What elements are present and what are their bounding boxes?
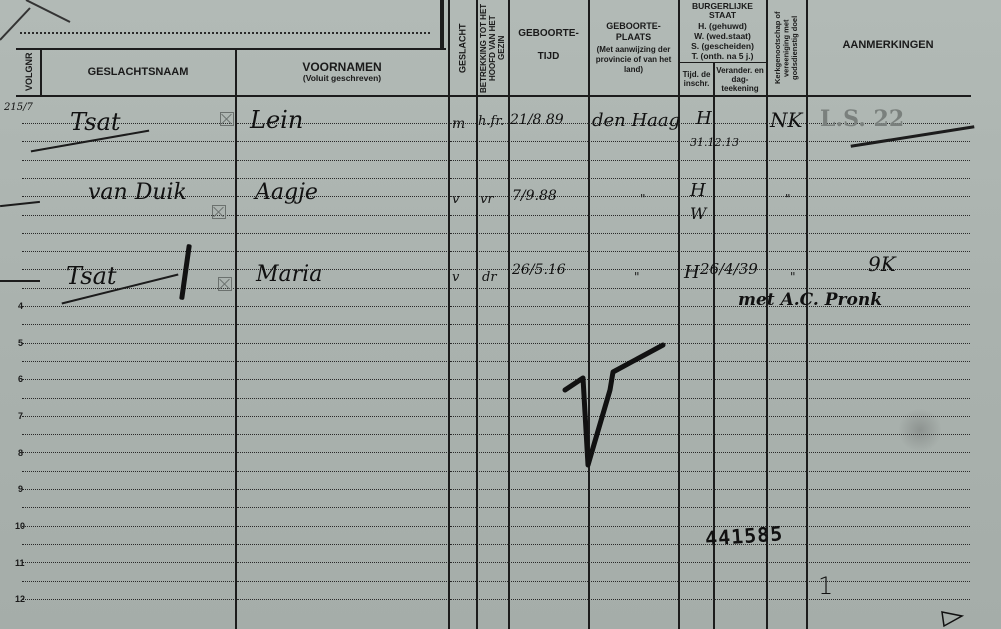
header-bottom-rule — [16, 95, 971, 97]
col-divider — [588, 0, 590, 629]
row-number: 8 — [18, 448, 23, 458]
row-number: 12 — [15, 594, 25, 604]
ruled-line — [22, 160, 234, 161]
header-bs-label: BURGERLIJKE STAAT — [680, 2, 765, 21]
row2-surname: van Duik — [88, 180, 187, 205]
ruled-line — [237, 599, 447, 600]
ruled-line — [450, 324, 970, 325]
ruled-line — [450, 398, 970, 399]
row-number: 6 — [18, 374, 23, 384]
row-number: 11 — [15, 558, 25, 568]
ruled-line — [22, 398, 234, 399]
row2-relation: vr — [480, 192, 494, 207]
serial-number-stamp: 441585 — [704, 521, 784, 550]
header-geslachtsnaam: GESLACHTSNAAM — [42, 50, 234, 95]
row3-surname: Tsat — [66, 262, 117, 290]
ruled-line — [237, 324, 447, 325]
ruled-line — [237, 361, 447, 362]
ruled-line — [450, 489, 970, 490]
margin-stroke — [0, 201, 40, 207]
ruled-line — [450, 379, 970, 380]
register-card: VOLGNR GESLACHTSNAAM VOORNAMEN (Voluit g… — [0, 0, 1001, 629]
ruled-line — [450, 215, 970, 216]
header-geboorteplaats-label: GEBOORTE-PLAATS — [590, 21, 677, 43]
ruled-line — [237, 178, 447, 179]
ruled-line — [22, 361, 234, 362]
ruled-line — [237, 526, 447, 527]
ruled-line — [237, 288, 447, 289]
col-divider — [235, 50, 237, 629]
row3-birth: 26/5.16 — [512, 262, 566, 278]
header-geboorteplaats: GEBOORTE-PLAATS (Met aanwijzing der prov… — [590, 20, 677, 75]
row2-church: " — [785, 192, 791, 206]
ruled-line — [237, 581, 447, 582]
header-bs-line: T. (onth. na 5 j.) — [692, 51, 754, 61]
header-bs-line: W. (wed.staat) — [694, 31, 751, 41]
check-mark-icon — [555, 330, 675, 470]
row1-civil: H — [696, 108, 712, 129]
col-divider — [476, 0, 478, 629]
ruled-line — [237, 251, 447, 252]
ruled-line — [450, 233, 970, 234]
header-geboortetijd-label2: TIJD — [538, 51, 560, 62]
row1-relation: h.fr. — [478, 114, 504, 129]
header-bs-line: H. (gehuwd) — [698, 21, 747, 31]
row2-civil-change: W — [690, 204, 706, 223]
row2-sex: v — [452, 192, 459, 207]
row3-sex: v — [452, 270, 459, 285]
ruled-line — [450, 288, 970, 289]
row1-church: NK — [770, 108, 802, 132]
stamp-mark — [212, 205, 226, 219]
ruled-line — [450, 361, 970, 362]
row2-place: " — [640, 192, 646, 206]
ruled-line — [237, 160, 447, 161]
ruled-line — [450, 471, 970, 472]
header-verander: Verander. en dag-teekening — [715, 63, 765, 95]
col-divider — [806, 0, 808, 629]
header-geslacht: GESLACHT — [450, 2, 475, 94]
ruled-line — [237, 452, 447, 453]
row-number: 10 — [15, 521, 25, 531]
ruled-line — [22, 489, 234, 490]
ruled-line — [237, 233, 447, 234]
stamp-mark — [220, 112, 234, 126]
ruled-line — [450, 507, 970, 508]
ruled-line — [22, 233, 234, 234]
row1-remarks-stamp: L.S. 22 — [820, 106, 904, 132]
row1-margin-note: 215/7 — [4, 102, 33, 113]
ruled-line — [237, 306, 447, 307]
ruled-line — [237, 379, 447, 380]
row1-civil-change: 31.12.13 — [690, 136, 739, 149]
ruled-line — [450, 160, 970, 161]
header-tijd-inschr: Tijd. de inschr. — [680, 63, 713, 95]
ruled-line — [22, 251, 234, 252]
ruled-line — [22, 526, 234, 527]
row2-civil: H — [690, 180, 706, 201]
row3-civil-change: 26/4/39 — [700, 260, 758, 278]
header-burgerlijke-staat: BURGERLIJKE STAAT H. (gehuwd) W. (wed.st… — [680, 2, 765, 60]
header-aanmerkingen: AANMERKINGEN — [808, 30, 968, 60]
col-divider — [448, 0, 450, 629]
ruled-line — [22, 562, 234, 563]
row1-place: den Haag — [592, 110, 680, 131]
row-number: 4 — [18, 301, 23, 311]
row3-given: Maria — [256, 262, 322, 287]
row3-place: " — [634, 270, 640, 284]
ruled-line — [237, 215, 447, 216]
row3-remarks: 9K — [868, 252, 896, 276]
ruled-line — [22, 544, 234, 545]
row3-remarks2: met A.C. Pronk — [738, 290, 882, 310]
row3-civil: H — [684, 262, 700, 283]
header-bs-line: S. (gescheiden) — [691, 41, 754, 51]
ruled-line — [22, 416, 234, 417]
ruled-line — [22, 178, 234, 179]
ruled-line — [22, 599, 234, 600]
ruled-line — [237, 507, 447, 508]
row1-sex: m — [452, 116, 465, 132]
row2-given: Aagje — [255, 180, 318, 205]
ruled-line — [22, 581, 234, 582]
ruled-line — [237, 416, 447, 417]
row-number: 5 — [18, 338, 23, 348]
ruled-line — [450, 416, 970, 417]
ruled-line — [22, 123, 234, 124]
ruled-line — [22, 141, 234, 142]
ruled-line — [237, 544, 447, 545]
top-dotted-line — [20, 32, 430, 34]
ruled-line — [237, 141, 447, 142]
frame-edge — [440, 0, 444, 48]
ruled-line — [237, 489, 447, 490]
ruled-line — [237, 471, 447, 472]
ruled-line — [22, 343, 234, 344]
cancel-stroke — [179, 244, 192, 300]
row-number: 7 — [18, 411, 23, 421]
ruled-line — [22, 434, 234, 435]
row1-birth: 21/8 89 — [510, 112, 564, 128]
ruled-line — [237, 398, 447, 399]
ruled-line — [22, 306, 234, 307]
triangle-mark-icon — [938, 608, 966, 628]
ruled-line — [22, 452, 234, 453]
ruled-line — [237, 434, 447, 435]
ruled-line — [22, 379, 234, 380]
row1-surname: Tsat — [70, 108, 121, 136]
header-geslachtsnaam-label: GESLACHTSNAAM — [88, 67, 189, 78]
row1-given: Lein — [250, 106, 303, 134]
corner-mark: 1 — [818, 572, 833, 600]
corner-scratch — [0, 0, 80, 50]
ruled-line — [450, 562, 970, 563]
ruled-line — [450, 581, 970, 582]
header-voornamen-sublabel: (Voluit geschreven) — [303, 73, 381, 83]
ruled-line — [450, 599, 970, 600]
header-betrekking: BETREKKING TOT HET HOOFD VAN HET GEZIN — [478, 2, 507, 94]
ruled-line — [237, 343, 447, 344]
ruled-line — [450, 452, 970, 453]
ruled-line — [22, 288, 234, 289]
ruled-line — [450, 178, 970, 179]
header-geboortetijd: GEBOORTE- TIJD — [510, 20, 587, 70]
ruled-line — [22, 507, 234, 508]
margin-stroke — [0, 280, 40, 282]
ruled-line — [22, 324, 234, 325]
header-kerkgenootschap: Kerkgenootschap of vereeniging met godsd… — [768, 2, 805, 94]
row-number: 9 — [18, 484, 23, 494]
row2-birth: 7/9.88 — [512, 188, 557, 204]
col-divider — [508, 0, 510, 629]
header-voornamen-label: VOORNAMEN — [302, 62, 381, 73]
ruled-line — [22, 215, 234, 216]
header-voornamen: VOORNAMEN (Voluit geschreven) — [237, 50, 447, 95]
ruled-line — [450, 306, 970, 307]
ruled-line — [237, 562, 447, 563]
ruled-line — [450, 343, 970, 344]
row3-relation: dr — [482, 270, 497, 285]
stamp-mark — [218, 277, 232, 291]
row3-church: " — [790, 270, 796, 284]
ruled-line — [22, 269, 234, 270]
header-geboorteplaats-sublabel: (Met aanwijzing der provincie of van het… — [590, 45, 677, 75]
header-geboortetijd-label: GEBOORTE- — [518, 28, 579, 39]
ruled-line — [22, 471, 234, 472]
ruled-line — [450, 434, 970, 435]
header-volgnr: VOLGNR — [20, 50, 38, 94]
